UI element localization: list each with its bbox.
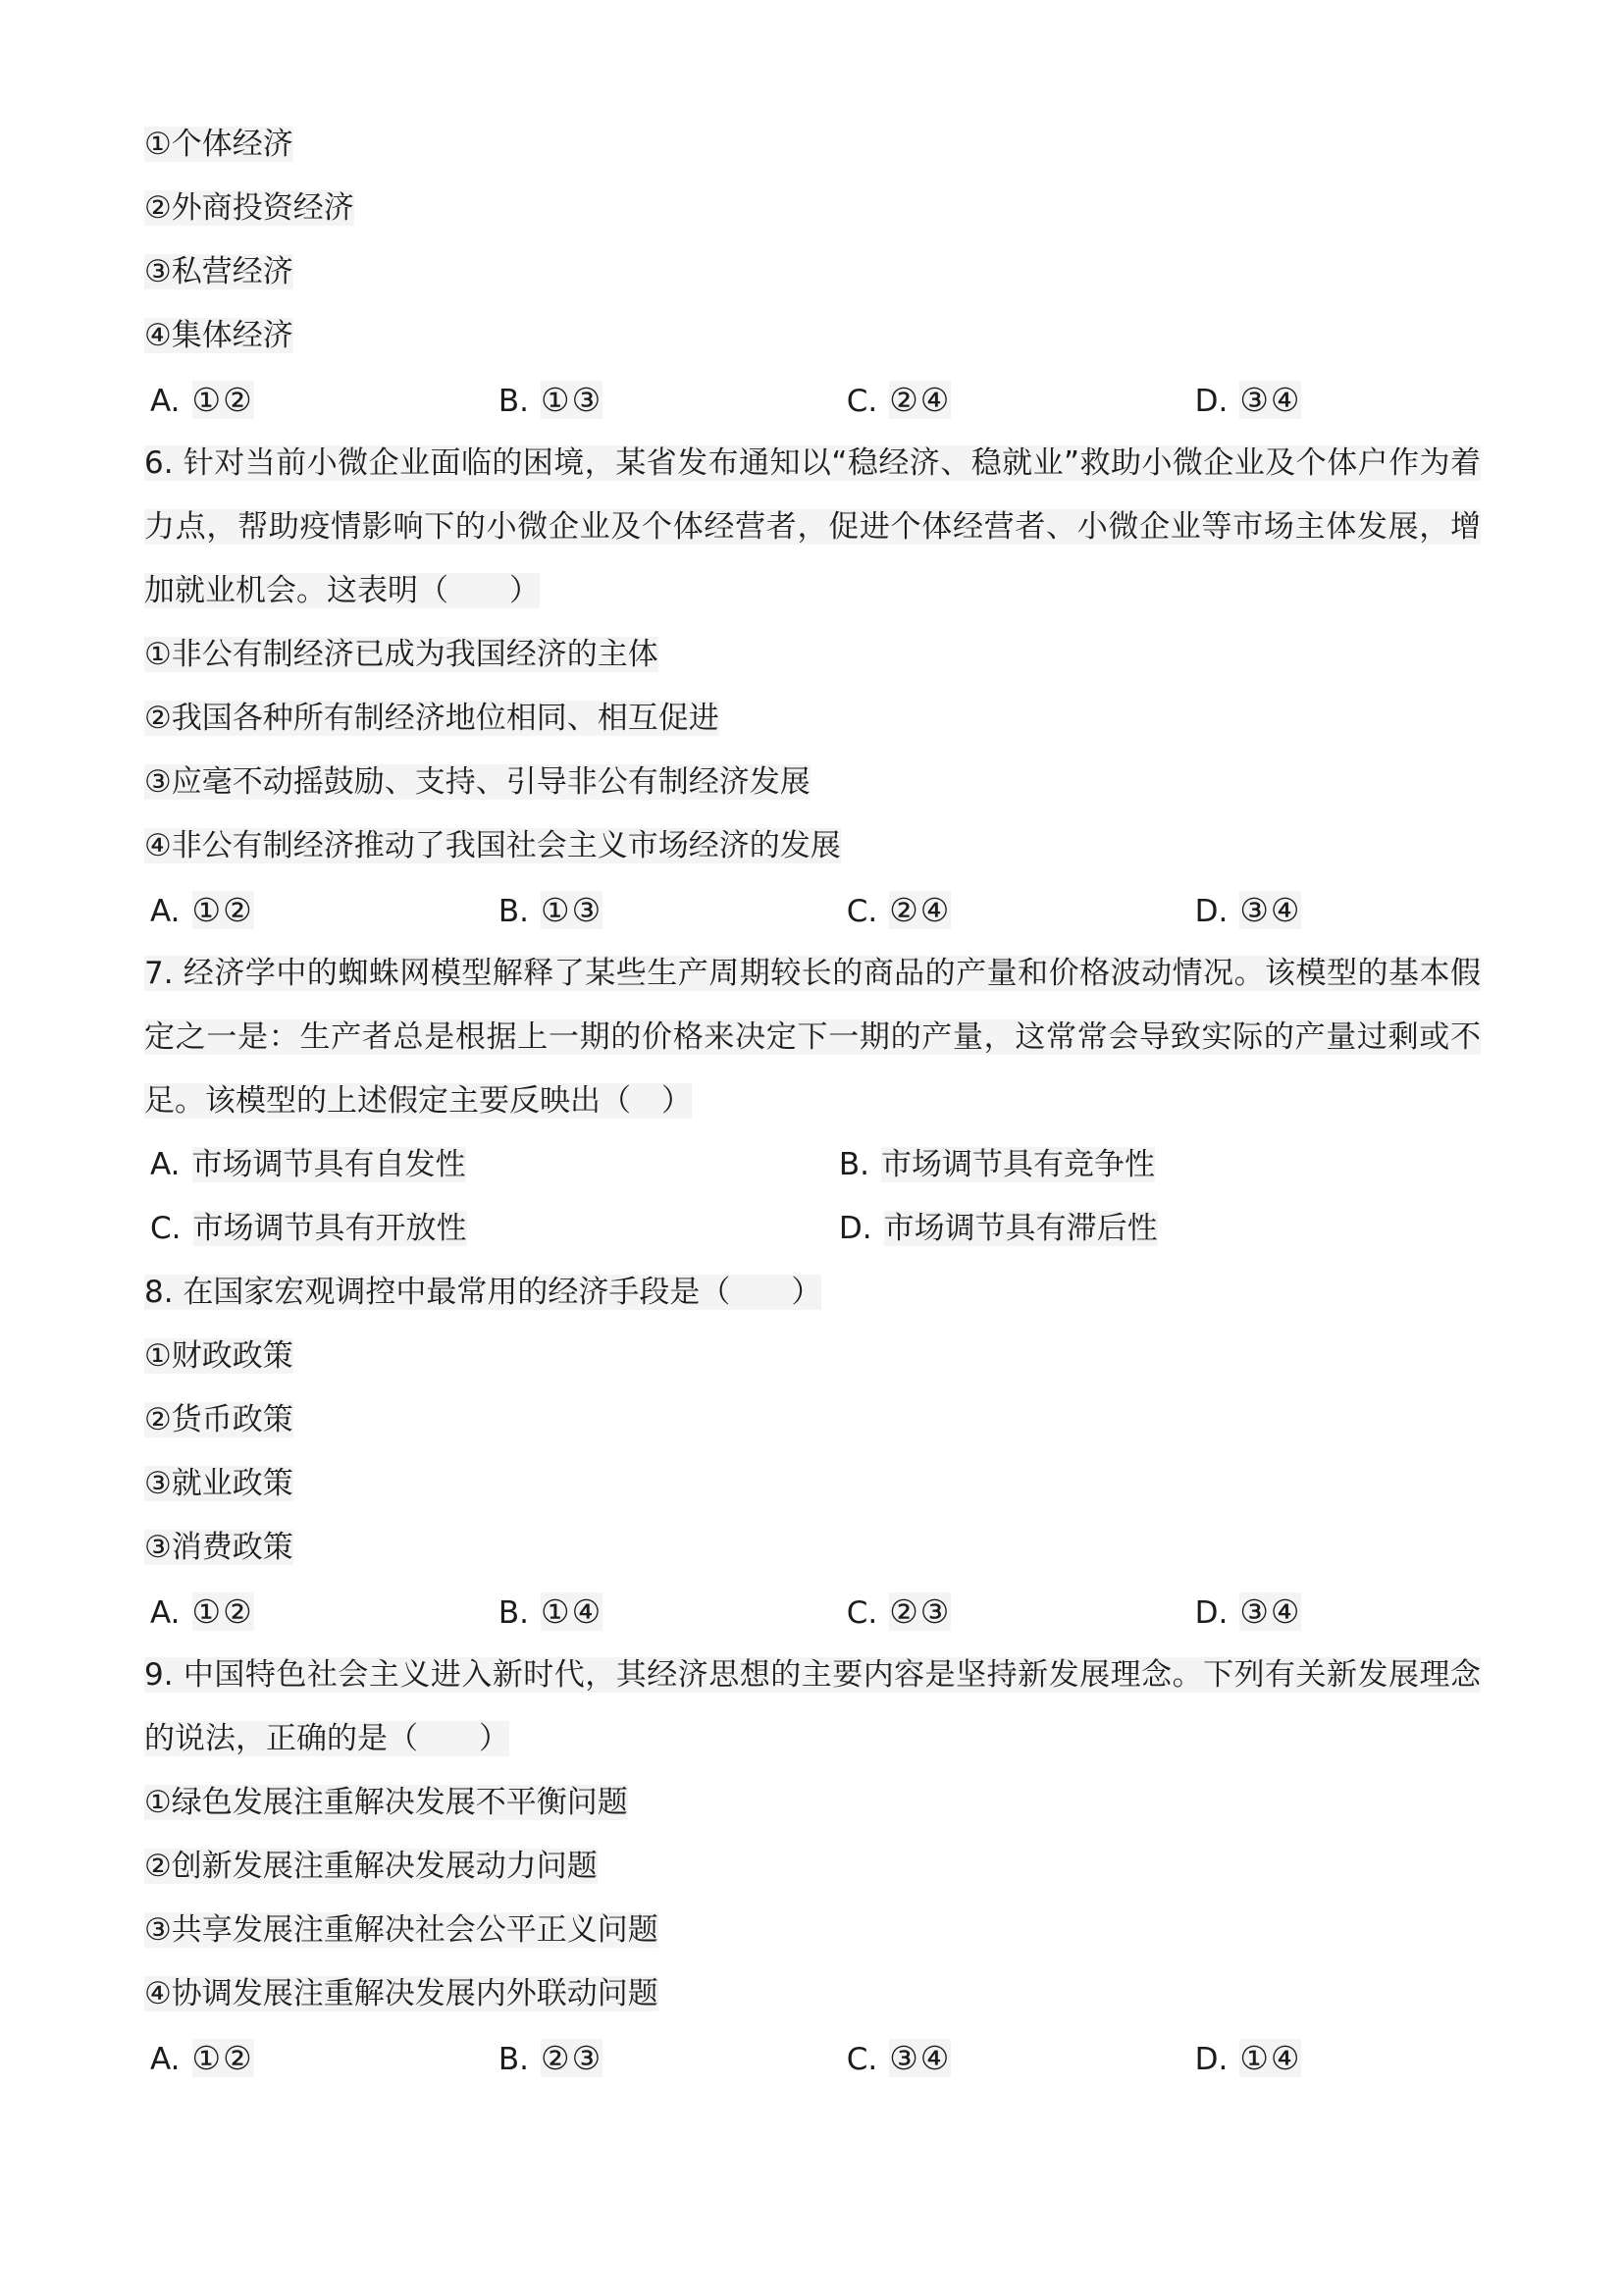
q8-answer-row: A.①② B.①④ C.②③ D.③④ <box>144 1580 1481 1644</box>
answer-label: B. <box>498 894 529 929</box>
answer-label: A. <box>150 2042 181 2077</box>
q6-option-2: ②我国各种所有制经济地位相同、相互促进 <box>144 687 1481 751</box>
answer-value: ①③ <box>541 891 602 929</box>
q9-answer-c: C.③④ <box>847 2026 1185 2092</box>
q8-option-2-text: ②货币政策 <box>144 1402 293 1437</box>
q6-answer-b: B.①③ <box>498 878 837 944</box>
answer-value: 市场调节具有自发性 <box>192 1147 466 1182</box>
q6-option-3: ③应毫不动摇鼓励、支持、引导非公有制经济发展 <box>144 751 1481 814</box>
answer-value: ①② <box>192 381 254 419</box>
q9-option-1-text: ①绿色发展注重解决发展不平衡问题 <box>144 1785 628 1820</box>
q6-option-1-text: ①非公有制经济已成为我国经济的主体 <box>144 637 658 672</box>
answer-value: ①④ <box>1239 2039 1301 2077</box>
leadin-answer-row: A.①② B.①③ C.②④ D.③④ <box>144 368 1481 432</box>
leadin-option-2: ②外商投资经济 <box>144 177 1481 240</box>
q9-answer-a: A.①② <box>150 2026 489 2092</box>
answer-label: B. <box>498 1595 529 1631</box>
q9-option-1: ①绿色发展注重解决发展不平衡问题 <box>144 1771 1481 1835</box>
q6-option-3-text: ③应毫不动摇鼓励、支持、引导非公有制经济发展 <box>144 764 811 800</box>
leadin-option-1-text: ①个体经济 <box>144 127 293 162</box>
q9-option-3-text: ③共享发展注重解决社会公平正义问题 <box>144 1912 658 1948</box>
exam-document-page: ①个体经济 ②外商投资经济 ③私营经济 ④集体经济 A.①② B.①③ C.②④… <box>0 0 1623 2296</box>
leadin-answer-c: C.②④ <box>847 368 1185 434</box>
q6-stem-text: 6. 针对当前小微企业面临的困境，某省发布通知以“稳经济、稳就业”救助小微企业及… <box>144 445 1481 608</box>
q6-answer-d: D.③④ <box>1195 878 1534 944</box>
answer-label: A. <box>150 1595 181 1631</box>
answer-value: 市场调节具有开放性 <box>193 1211 467 1246</box>
q7-choice-row-cd: C.市场调节具有开放性 D.市场调节具有滞后性 <box>144 1197 1481 1261</box>
leadin-option-2-text: ②外商投资经济 <box>144 190 354 226</box>
answer-value: ①② <box>192 891 254 929</box>
q7-stem: 7. 经济学中的蜘蛛网模型解释了某些生产周期较长的商品的产量和价格波动情况。该模… <box>144 942 1481 1133</box>
leadin-answer-a: A.①② <box>150 368 489 434</box>
answer-value: ①② <box>192 1592 254 1631</box>
q9-stem: 9. 中国特色社会主义进入新时代，其经济思想的主要内容是坚持新发展理念。下列有关… <box>144 1644 1481 1771</box>
answer-value: ③④ <box>1239 1592 1301 1631</box>
answer-value: ①② <box>192 2039 254 2077</box>
q9-answer-b: B.②③ <box>498 2026 837 2092</box>
q6-answer-a: A.①② <box>150 878 489 944</box>
q8-answer-a: A.①② <box>150 1580 489 1645</box>
document-body: ①个体经济 ②外商投资经济 ③私营经济 ④集体经济 A.①② B.①③ C.②④… <box>144 113 1481 2090</box>
answer-value: ①③ <box>541 381 602 419</box>
q8-option-4-text: ③消费政策 <box>144 1530 293 1565</box>
q7-stem-text: 7. 经济学中的蜘蛛网模型解释了某些生产周期较长的商品的产量和价格波动情况。该模… <box>144 956 1481 1119</box>
answer-label: B. <box>498 2042 529 2077</box>
q7-choice-a: A.市场调节具有自发性 <box>150 1133 829 1197</box>
leadin-option-3-text: ③私营经济 <box>144 254 293 289</box>
leadin-option-3: ③私营经济 <box>144 240 1481 304</box>
q7-choice-d: D.市场调节具有滞后性 <box>839 1197 1518 1261</box>
q8-option-3-text: ③就业政策 <box>144 1466 293 1501</box>
answer-value: 市场调节具有竞争性 <box>881 1147 1155 1182</box>
answer-label: D. <box>839 1211 872 1246</box>
q8-option-4: ③消费政策 <box>144 1516 1481 1580</box>
q8-answer-c: C.②③ <box>847 1580 1185 1645</box>
answer-value: ②③ <box>889 1592 951 1631</box>
answer-value: ③④ <box>1239 381 1301 419</box>
leadin-option-4-text: ④集体经济 <box>144 318 293 353</box>
q8-stem-text: 8. 在国家宏观调控中最常用的经济手段是（ ） <box>144 1275 821 1310</box>
answer-label: C. <box>847 894 878 929</box>
q8-answer-d: D.③④ <box>1195 1580 1534 1645</box>
q9-option-2-text: ②创新发展注重解决发展动力问题 <box>144 1849 598 1884</box>
answer-label: D. <box>1195 1595 1229 1631</box>
answer-value: ③④ <box>1239 891 1301 929</box>
answer-label: B. <box>498 384 529 419</box>
answer-value: ③④ <box>889 2039 951 2077</box>
q9-option-4-text: ④协调发展注重解决发展内外联动问题 <box>144 1976 658 2011</box>
answer-value: ①④ <box>541 1592 602 1631</box>
answer-value: ②④ <box>889 891 951 929</box>
leadin-answer-b: B.①③ <box>498 368 837 434</box>
q6-answer-row: A.①② B.①③ C.②④ D.③④ <box>144 878 1481 942</box>
leadin-option-4: ④集体经济 <box>144 304 1481 368</box>
q8-option-2: ②货币政策 <box>144 1388 1481 1452</box>
answer-label: B. <box>839 1147 869 1182</box>
q8-answer-b: B.①④ <box>498 1580 837 1645</box>
answer-label: C. <box>847 2042 878 2077</box>
answer-label: C. <box>847 384 878 419</box>
answer-value: ②④ <box>889 381 951 419</box>
q6-option-4-text: ④非公有制经济推动了我国社会主义市场经济的发展 <box>144 828 841 863</box>
q7-choice-b: B.市场调节具有竞争性 <box>839 1133 1518 1197</box>
answer-label: A. <box>150 384 181 419</box>
answer-label: D. <box>1195 384 1229 419</box>
answer-label: A. <box>150 1147 181 1182</box>
q8-stem: 8. 在国家宏观调控中最常用的经济手段是（ ） <box>144 1261 1481 1325</box>
q8-option-3: ③就业政策 <box>144 1452 1481 1516</box>
answer-label: C. <box>150 1211 182 1246</box>
q6-stem: 6. 针对当前小微企业面临的困境，某省发布通知以“稳经济、稳就业”救助小微企业及… <box>144 432 1481 623</box>
q7-choice-c: C.市场调节具有开放性 <box>150 1197 829 1261</box>
q7-choice-row-ab: A.市场调节具有自发性 B.市场调节具有竞争性 <box>144 1133 1481 1197</box>
q9-answer-row: A.①② B.②③ C.③④ D.①④ <box>144 2026 1481 2090</box>
answer-value: ②③ <box>541 2039 602 2077</box>
q9-option-2: ②创新发展注重解决发展动力问题 <box>144 1835 1481 1899</box>
leadin-option-1: ①个体经济 <box>144 113 1481 177</box>
answer-label: D. <box>1195 2042 1229 2077</box>
q8-option-1: ①财政政策 <box>144 1325 1481 1388</box>
q6-option-2-text: ②我国各种所有制经济地位相同、相互促进 <box>144 701 719 736</box>
q9-answer-d: D.①④ <box>1195 2026 1534 2092</box>
q9-option-3: ③共享发展注重解决社会公平正义问题 <box>144 1899 1481 1962</box>
q9-stem-text: 9. 中国特色社会主义进入新时代，其经济思想的主要内容是坚持新发展理念。下列有关… <box>144 1657 1481 1756</box>
q6-option-1: ①非公有制经济已成为我国经济的主体 <box>144 623 1481 687</box>
answer-value: 市场调节具有滞后性 <box>884 1211 1158 1246</box>
q6-option-4: ④非公有制经济推动了我国社会主义市场经济的发展 <box>144 814 1481 878</box>
answer-label: D. <box>1195 894 1229 929</box>
answer-label: C. <box>847 1595 878 1631</box>
q8-option-1-text: ①财政政策 <box>144 1338 293 1374</box>
q9-option-4: ④协调发展注重解决发展内外联动问题 <box>144 1962 1481 2026</box>
answer-label: A. <box>150 894 181 929</box>
q6-answer-c: C.②④ <box>847 878 1185 944</box>
leadin-answer-d: D.③④ <box>1195 368 1534 434</box>
